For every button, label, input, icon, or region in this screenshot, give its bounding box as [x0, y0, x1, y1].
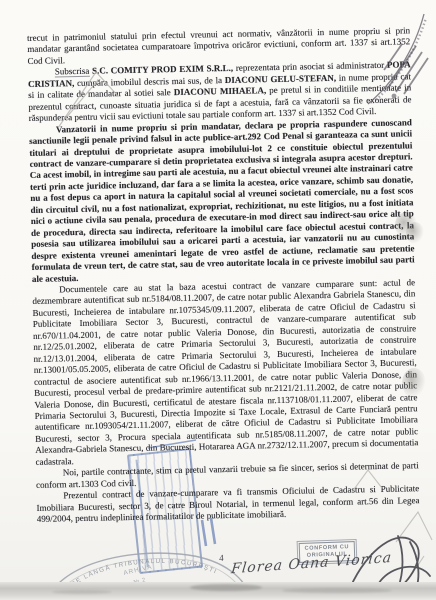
- edge-shadow-blob: [52, 590, 112, 594]
- edge-shadow-blob: [190, 584, 262, 591]
- corner-stamp-signature-strokes: [384, 44, 428, 94]
- overlay-marks: [0, 0, 436, 600]
- handwritten-annotation: 4: [218, 553, 224, 564]
- smudge-mark: [402, 368, 426, 398]
- pencil-mark-top-left: [58, 72, 118, 128]
- edge-shadow-blob: [282, 588, 392, 593]
- smudge-mark: [406, 222, 424, 244]
- scanned-contract-page: trecut in patrimoniul statului prin efec…: [0, 0, 436, 600]
- corner-stamp: [368, 14, 428, 104]
